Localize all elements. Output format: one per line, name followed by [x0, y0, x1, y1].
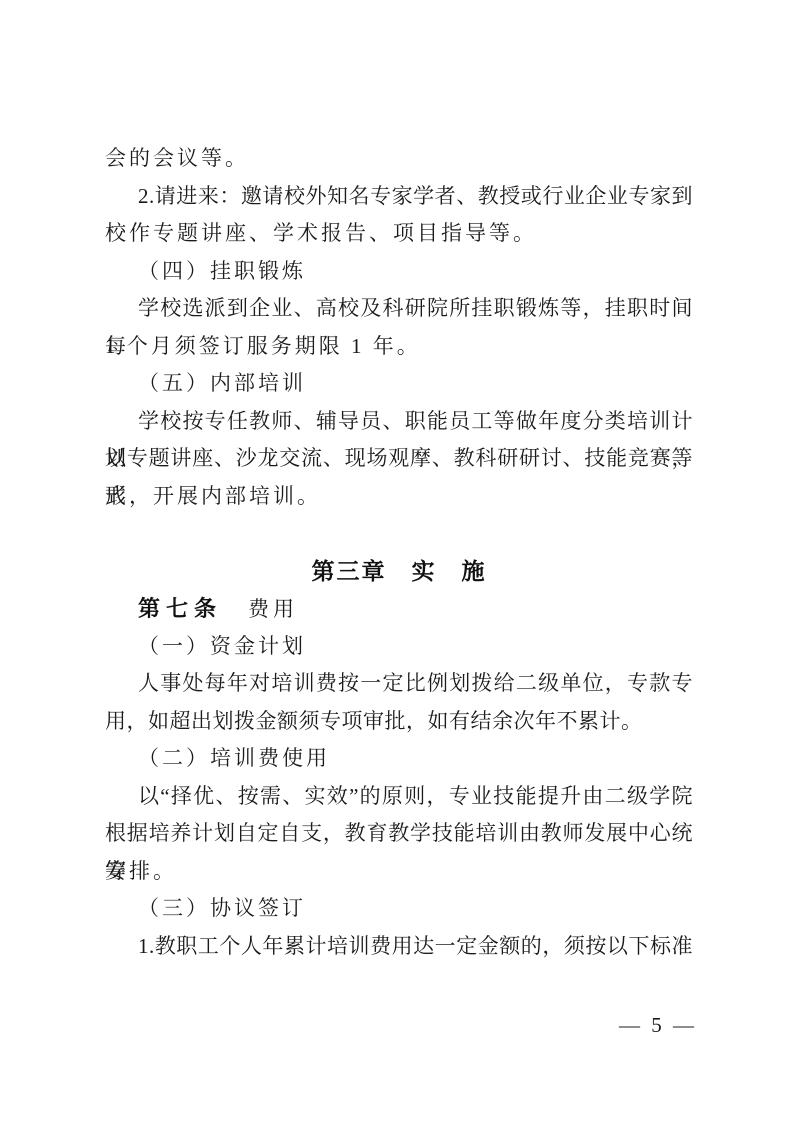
- paragraph-line: 1.教职工个人年累计培训费用达一定金额的，须按以下标准: [105, 928, 693, 966]
- paragraph-line: 2.请进来：邀请校外知名专家学者、教授或行业企业专家到: [105, 178, 693, 216]
- paragraph-line: （三）协议签订: [105, 890, 693, 928]
- paragraph-line: （五）内部培训: [105, 365, 693, 403]
- chapter-heading: 第三章 实 施: [105, 553, 693, 591]
- document-page: 会的会议等。2.请进来：邀请校外知名专家学者、教授或行业企业专家到校作专题讲座、…: [0, 0, 793, 1122]
- paragraph-line: 根据培养计划自定自支，教育教学技能培训由教师发展中心统筹: [105, 815, 693, 853]
- paragraph-line: 以专题讲座、沙龙交流、现场观摩、教科研研讨、技能竞赛等形: [105, 440, 693, 478]
- paragraph-line: （一）资金计划: [105, 628, 693, 666]
- paragraph-line: 1 个月须签订服务期限 1 年。: [105, 328, 693, 366]
- paragraph-line: 学校按专任教师、辅导员、职能员工等做年度分类培训计划，: [105, 403, 693, 441]
- paragraph-line: 用，如超出划拨金额须专项审批，如有结余次年不累计。: [105, 703, 693, 741]
- paragraph-line: （四）挂职锻炼: [105, 253, 693, 291]
- paragraph-line: 安排。: [105, 853, 693, 891]
- paragraph-line: （二）培训费使用: [105, 740, 693, 778]
- article-number: 第七条: [138, 596, 222, 621]
- article-title: 费用: [248, 597, 298, 621]
- article-line: 第七条费用: [105, 590, 693, 628]
- paragraph-line: 会的会议等。: [105, 140, 693, 178]
- paragraph-line: 学校选派到企业、高校及科研院所挂职锻炼等，挂职时间每: [105, 290, 693, 328]
- page-number: — 5 —: [619, 1012, 697, 1038]
- paragraph-line: 式，开展内部培训。: [105, 478, 693, 516]
- paragraph-line: 校作专题讲座、学术报告、项目指导等。: [105, 215, 693, 253]
- paragraph-line: 人事处每年对培训费按一定比例划拨给二级单位，专款专: [105, 665, 693, 703]
- paragraph-line: 以“择优、按需、实效”的原则，专业技能提升由二级学院: [105, 778, 693, 816]
- document-body: 会的会议等。2.请进来：邀请校外知名专家学者、教授或行业企业专家到校作专题讲座、…: [105, 140, 693, 965]
